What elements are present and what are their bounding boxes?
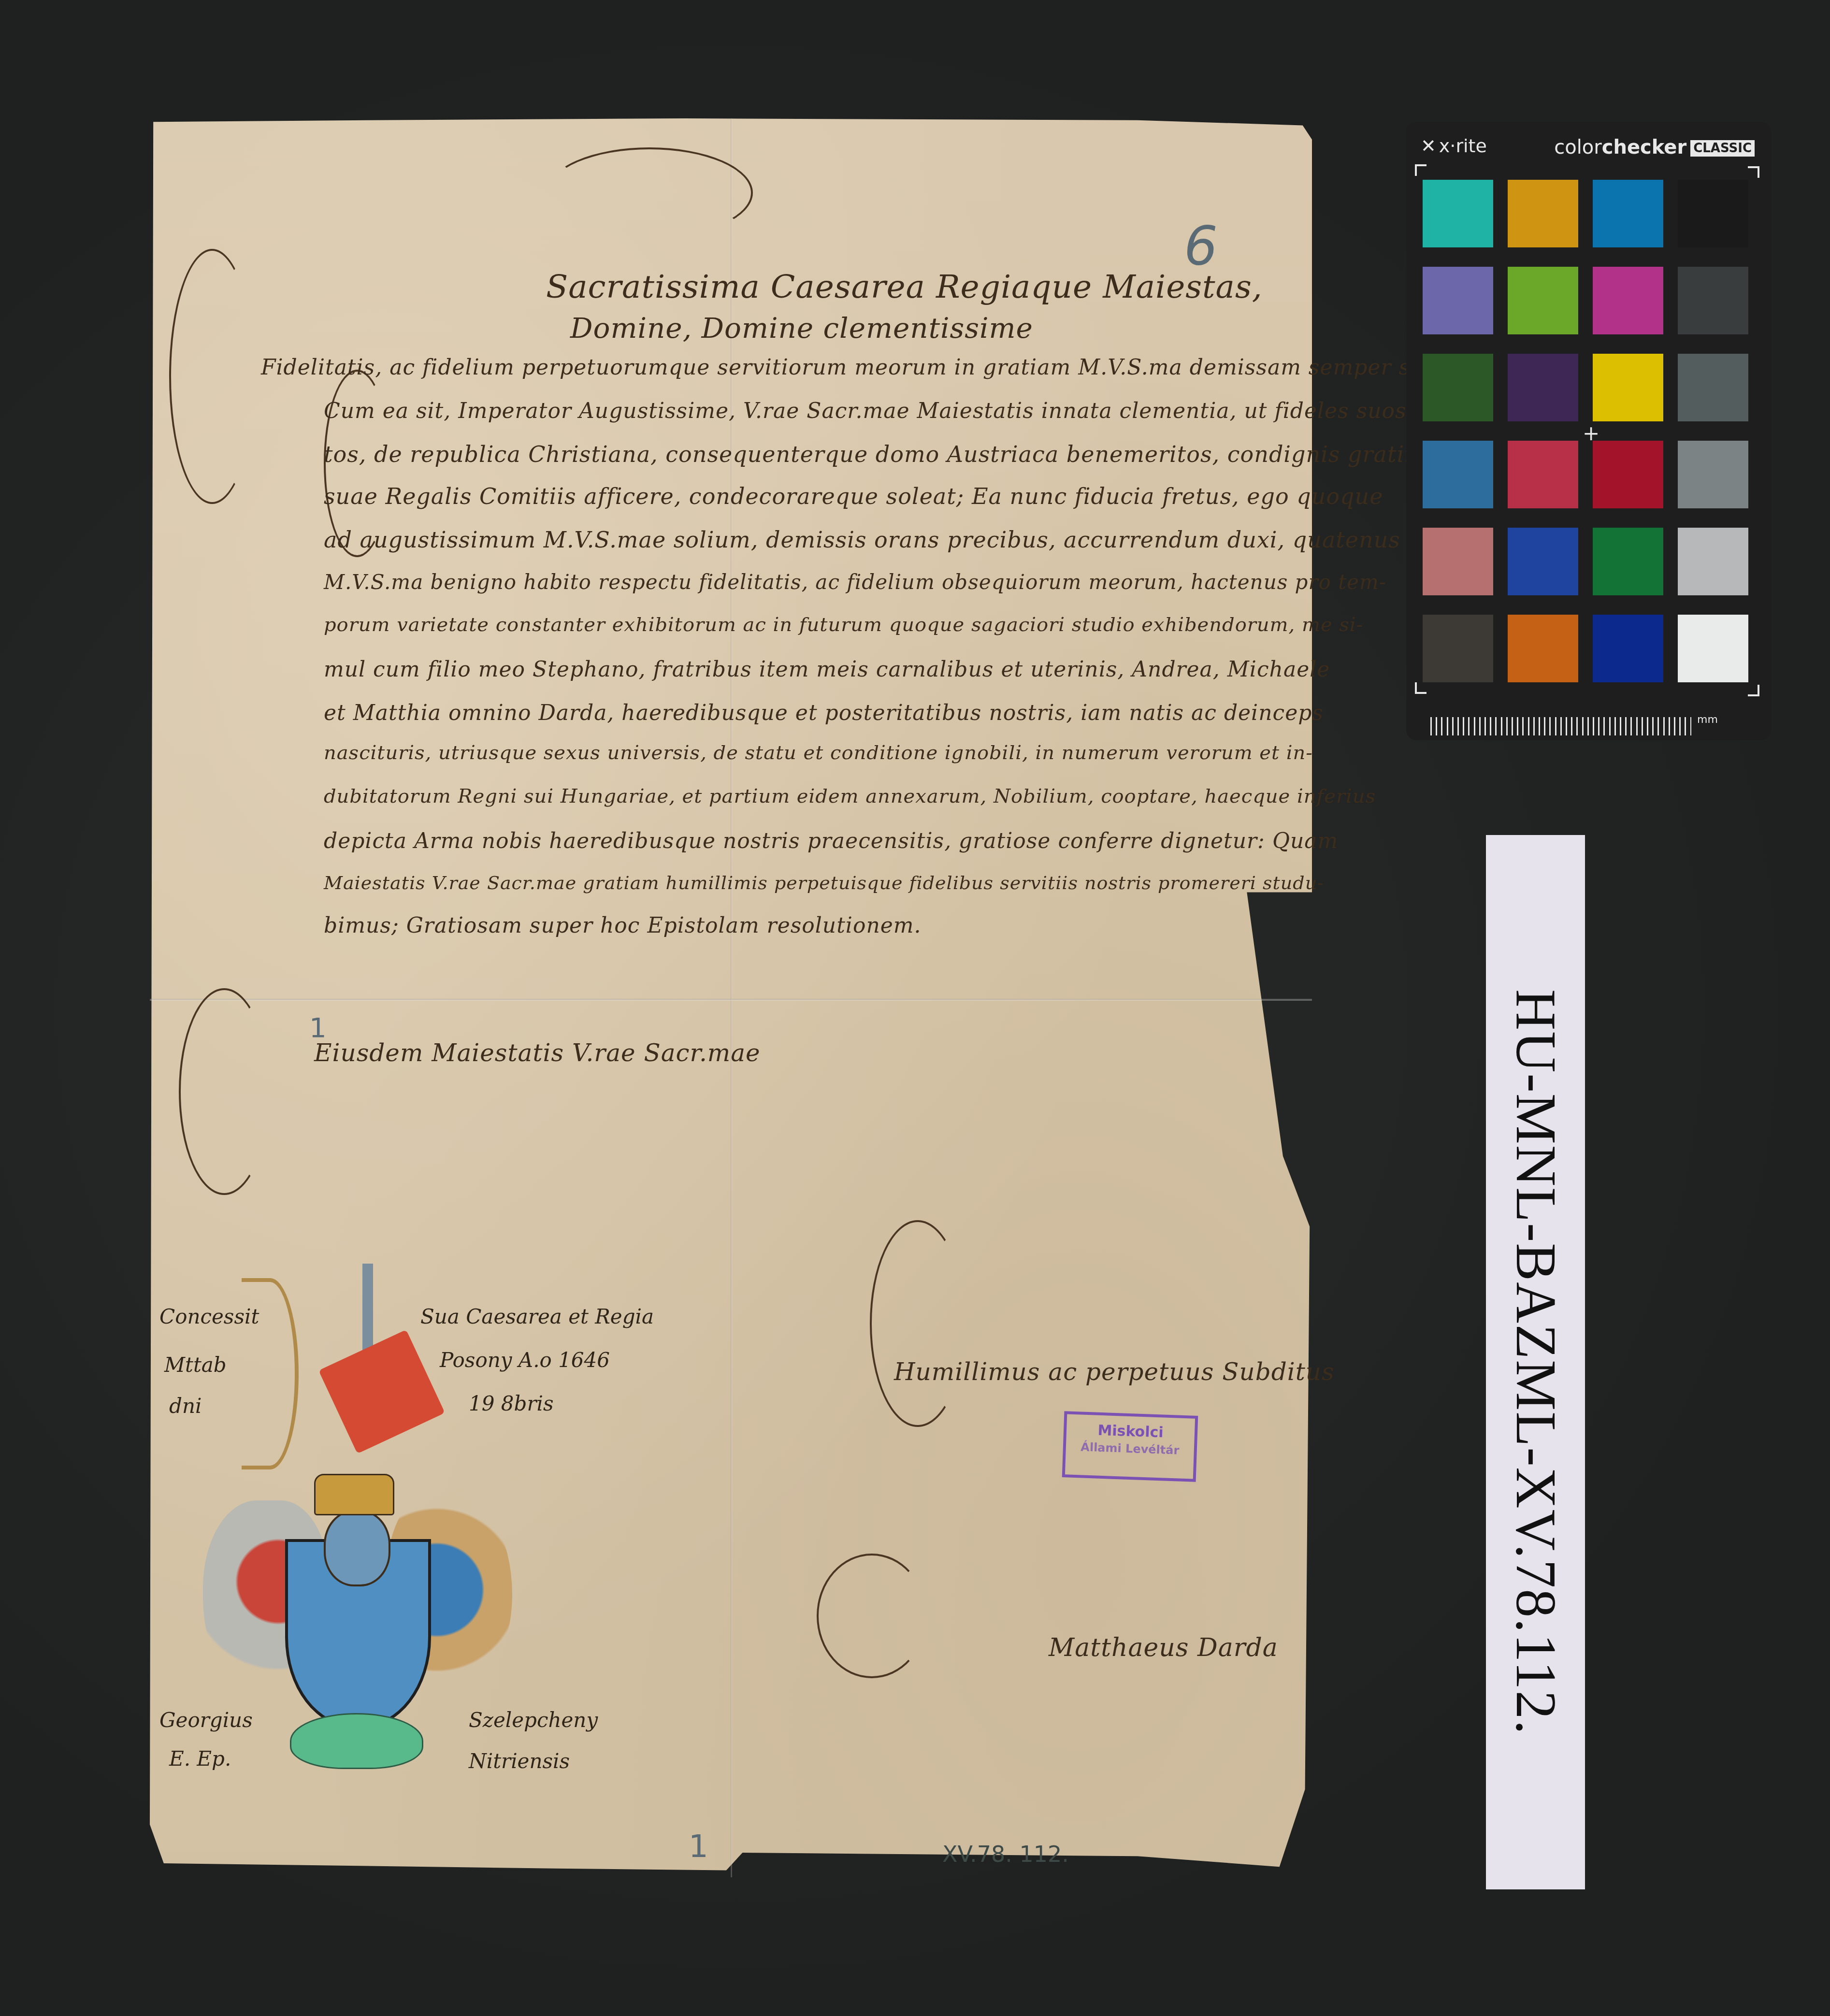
heading-line-2: Domine, Domine clementissime bbox=[570, 312, 1033, 345]
xrite-logo: ✕x·rite bbox=[1421, 135, 1487, 157]
body-line: mul cum filio meo Stephano, fratribus it… bbox=[324, 657, 1330, 682]
body-line: dubitatorum Regni sui Hungariae, et part… bbox=[324, 785, 1376, 807]
body-line: suae Regalis Comitiis afficere, condecor… bbox=[324, 483, 1383, 509]
horizontal-fold-line bbox=[150, 999, 1312, 1001]
color-checker-card: ✕x·rite colorcheckerCLASSIC + mm bbox=[1406, 122, 1771, 740]
color-patch bbox=[1678, 528, 1748, 595]
manuscript-page: 6 Sacratissima Caesarea Regiaque Maiesta… bbox=[150, 118, 1312, 1877]
color-patch bbox=[1508, 354, 1578, 421]
body-line: et Matthia omnino Darda, haeredibusque e… bbox=[324, 701, 1324, 725]
color-patch bbox=[1423, 441, 1493, 508]
product-name-bold: checker bbox=[1602, 136, 1686, 158]
color-patch bbox=[1593, 180, 1663, 247]
arms-note-left-1: Concessit bbox=[159, 1305, 259, 1328]
color-patch bbox=[1423, 354, 1493, 421]
body-line: M.V.S.ma benigno habito respectu fidelit… bbox=[324, 570, 1386, 594]
stamp-line-2: Állami Levéltár bbox=[1066, 1440, 1194, 1457]
color-patch bbox=[1593, 267, 1663, 334]
body-line: depicta Arma nobis haeredibusque nostris… bbox=[324, 829, 1338, 853]
color-patch bbox=[1423, 180, 1493, 247]
color-patch bbox=[1593, 528, 1663, 595]
arms-note-bottom-right-1: Szelepcheny bbox=[469, 1708, 598, 1732]
arms-note-bottom-right-2: Nitriensis bbox=[469, 1749, 570, 1773]
flourish-initial-m bbox=[817, 1554, 927, 1678]
arms-note-left-3: dni bbox=[169, 1394, 202, 1418]
color-patch bbox=[1678, 615, 1748, 682]
xrite-mark-icon: ✕ bbox=[1421, 135, 1436, 157]
green-mound bbox=[290, 1713, 423, 1769]
crest-arm-red-sleeve bbox=[318, 1330, 445, 1454]
body-line: bimus; Gratiosam super hoc Epistolam res… bbox=[324, 913, 921, 938]
flourish-initial-f bbox=[169, 249, 255, 504]
folio-number: 6 bbox=[1184, 215, 1218, 277]
crosshair-icon: + bbox=[1583, 421, 1599, 445]
stamp-line-1: Miskolci bbox=[1066, 1421, 1195, 1442]
arms-note-right-3: 19 8bris bbox=[469, 1392, 553, 1415]
body-line: Maiestatis V.rae Sacr.mae gratiam humill… bbox=[324, 872, 1324, 893]
flourish-top bbox=[546, 147, 753, 238]
color-patch bbox=[1508, 528, 1578, 595]
color-patch bbox=[1593, 615, 1663, 682]
color-patch bbox=[1508, 615, 1578, 682]
reference-code: HU-MNL-BAZML-XV.78.112. bbox=[1503, 989, 1569, 1735]
archive-reference-label: HU-MNL-BAZML-XV.78.112. bbox=[1486, 835, 1585, 1889]
heading-line-1: Sacratissima Caesarea Regiaque Maiestas, bbox=[546, 268, 1263, 305]
crown-icon bbox=[314, 1474, 394, 1515]
color-patch bbox=[1678, 267, 1748, 334]
arms-note-right-1: Sua Caesarea et Regia bbox=[420, 1305, 654, 1328]
body-line: porum varietate constanter exhibitorum a… bbox=[324, 614, 1363, 636]
body-line: Cum ea sit, Imperator Augustissime, V.ra… bbox=[324, 399, 1483, 423]
color-patch bbox=[1423, 267, 1493, 334]
classic-badge: CLASSIC bbox=[1690, 140, 1755, 157]
body-line: ad augustissimum M.V.S.mae solium, demis… bbox=[324, 527, 1400, 553]
brand-name: x·rite bbox=[1439, 135, 1487, 157]
arms-note-right-2: Posony A.o 1646 bbox=[440, 1348, 610, 1372]
page-number: 1 bbox=[689, 1829, 708, 1865]
registration-corner-br bbox=[1748, 685, 1759, 696]
color-patch bbox=[1508, 441, 1578, 508]
coat-of-arms bbox=[203, 1259, 512, 1786]
dorsal-heading: Eiusdem Maiestatis V.rae Sacr.mae bbox=[314, 1039, 761, 1067]
shelfmark-pencil: XV.78. 112. bbox=[942, 1841, 1069, 1867]
signature: Matthaeus Darda bbox=[1049, 1633, 1278, 1662]
product-name-light: color bbox=[1554, 136, 1602, 158]
arms-note-bottom-left-2: E. Ep. bbox=[169, 1747, 231, 1771]
vertical-fold-line bbox=[731, 118, 732, 1877]
color-patch bbox=[1508, 180, 1578, 247]
color-patch bbox=[1593, 354, 1663, 421]
ruler-unit: mm bbox=[1697, 714, 1718, 726]
body-line: Fidelitatis, ac fidelium perpetuorumque … bbox=[261, 355, 1556, 380]
color-patch bbox=[1423, 615, 1493, 682]
registration-corner-bl bbox=[1415, 682, 1427, 694]
closing-formula: Humillimus ac perpetuus Subditus bbox=[894, 1358, 1335, 1386]
mm-ruler bbox=[1430, 709, 1691, 735]
color-patch bbox=[1678, 180, 1748, 247]
flourish-initial-e bbox=[179, 988, 270, 1195]
body-line: tos, de republica Christiana, consequent… bbox=[324, 441, 1424, 467]
flourish-initial-h bbox=[870, 1220, 965, 1427]
registration-corner-tr bbox=[1748, 166, 1759, 178]
body-line: nascituris, utriusque sexus universis, d… bbox=[324, 742, 1313, 764]
color-patch bbox=[1593, 441, 1663, 508]
registration-corner-tl bbox=[1415, 164, 1427, 176]
color-patch bbox=[1678, 441, 1748, 508]
color-patch bbox=[1423, 528, 1493, 595]
product-name: colorcheckerCLASSIC bbox=[1554, 136, 1755, 158]
helmet-icon bbox=[324, 1510, 390, 1586]
arms-note-bottom-left-1: Georgius bbox=[159, 1708, 253, 1732]
color-patch bbox=[1508, 267, 1578, 334]
color-patch bbox=[1678, 354, 1748, 421]
archive-stamp: Miskolci Állami Levéltár bbox=[1062, 1411, 1198, 1482]
arms-note-left-2: Mttab bbox=[164, 1353, 227, 1377]
